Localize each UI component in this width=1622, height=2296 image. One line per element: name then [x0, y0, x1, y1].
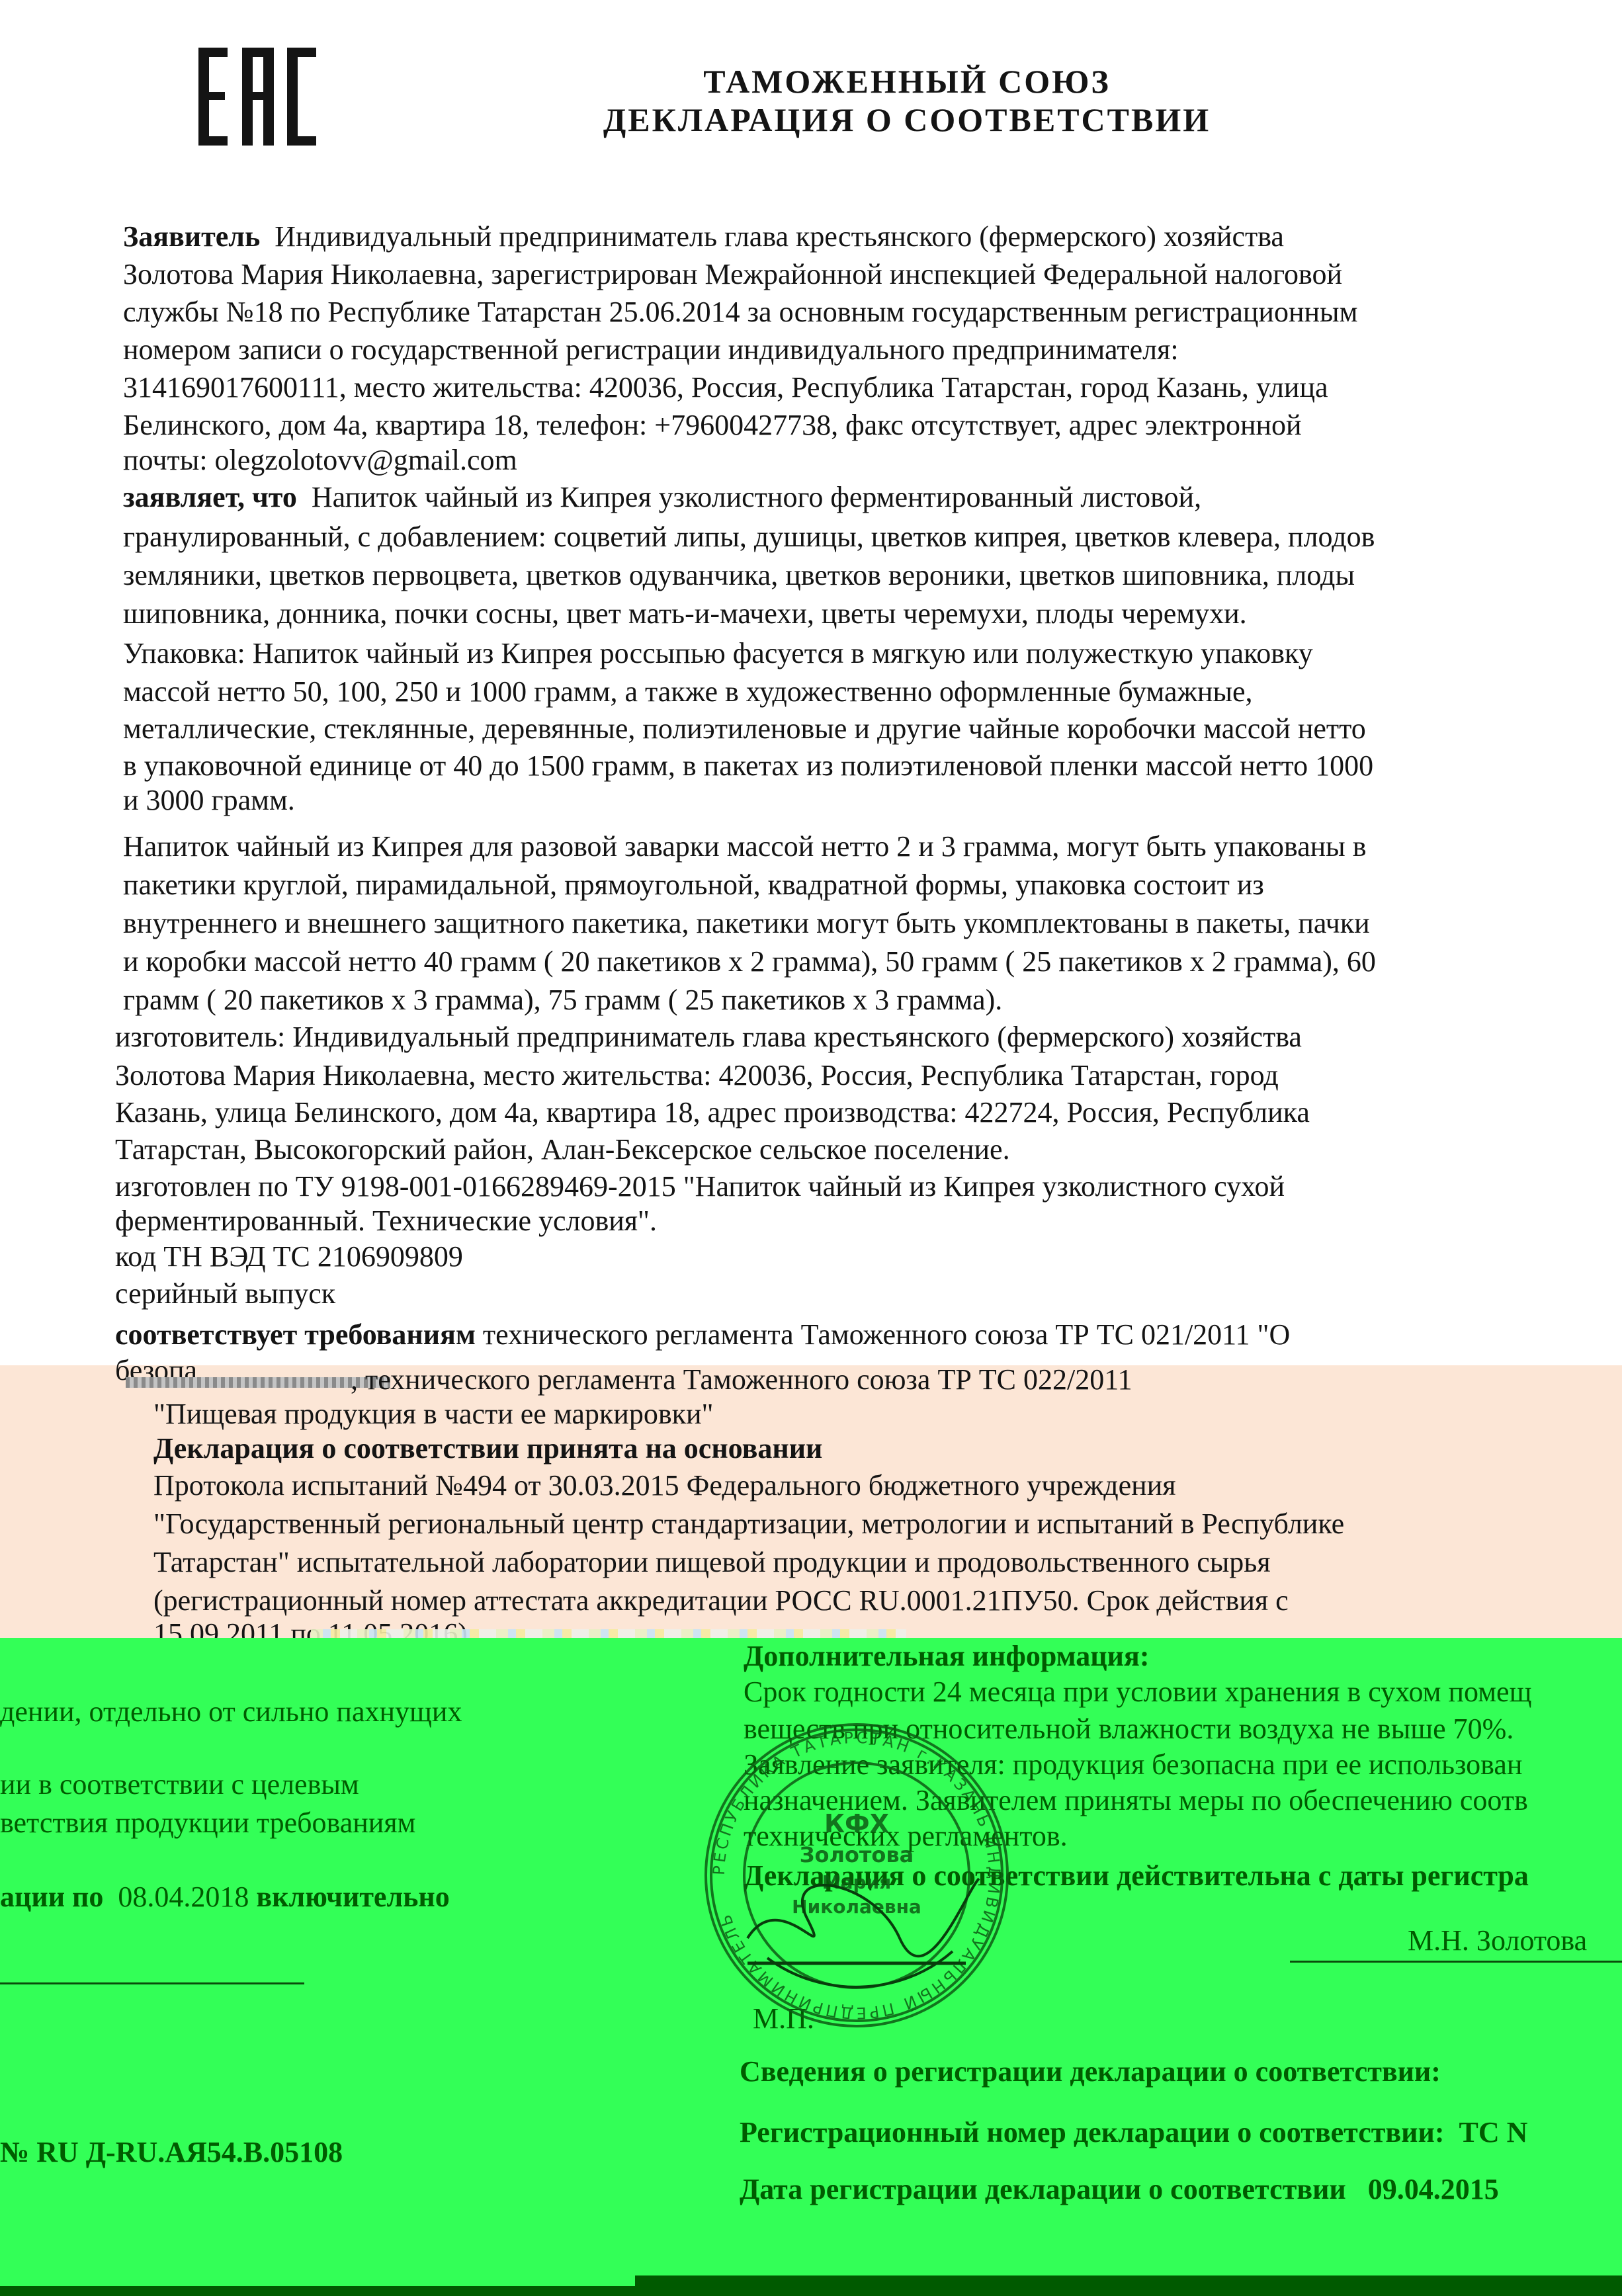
usage-fragment: ии в соответствии с целевым [0, 1766, 359, 1803]
registration-heading: Сведения о регистрации декларации о соот… [740, 2053, 1441, 2090]
applicant-label: Заявитель [123, 220, 260, 253]
stamp-center-text: Золотова [800, 1842, 914, 1867]
applicant-text: Белинского, дом 4а, квартира 18, телефон… [123, 407, 1302, 444]
basis-text: (регистрационный номер аттестата аккреди… [153, 1582, 1289, 1619]
validity-date: 08.04.2018 [118, 1881, 249, 1913]
manufacturer-text: Казань, улица Белинского, дом 4а, кварти… [115, 1094, 1310, 1131]
tn-ved-code: код ТН ВЭД ТС 2106909809 [115, 1238, 463, 1275]
packaging-text: в упаковочной единице от 40 до 1500 грам… [123, 747, 1373, 785]
official-stamp-icon: РЕСПУБЛИКА ТАТАРСТАН г.КАЗАНЬ ИНДИВИДУАЛ… [701, 1720, 1012, 2031]
registration-number: Регистрационный номер декларации о соотв… [740, 2114, 1527, 2151]
product-text: гранулированный, с добавлением: соцветий… [123, 519, 1375, 556]
footer-bar [635, 2275, 1622, 2296]
signature-line-left [0, 1982, 304, 1984]
packaging-text: массой нетто 50, 100, 250 и 1000 грамм, … [123, 673, 1253, 710]
product-text: шиповника, донника, почки сосны, цвет ма… [123, 595, 1247, 632]
additional-info-text: Срок годности 24 месяца при условии хран… [744, 1674, 1531, 1711]
packaging-text: Упаковка: Напиток чайный из Кипрея россы… [123, 635, 1313, 672]
registration-number-value: ТС N [1459, 2116, 1528, 2148]
packaging-text: и 3000 грамм. [123, 782, 295, 819]
compliance-text: технического регламента Таможенного союз… [483, 1318, 1290, 1351]
registration-number-fragment: № RU Д-RU.АЯ54.В.05108 [0, 2134, 343, 2171]
teabag-text: Напиток чайный из Кипрея для разовой зав… [123, 828, 1367, 865]
teabag-text: и коробки массой нетто 40 грамм ( 20 пак… [123, 943, 1376, 980]
compliance-regulation: "Пищевая продукция в части ее маркировки… [153, 1396, 713, 1433]
registration-date-value: 09.04.2015 [1368, 2173, 1499, 2205]
validity-fragment: ации по 08.04.2018 включительно [0, 1879, 450, 1916]
declares-label: заявляет, что [123, 481, 297, 513]
registration-date: Дата регистрации декларации о соответств… [740, 2171, 1499, 2208]
basis-heading: Декларация о соответствии принята на осн… [153, 1430, 822, 1467]
compliance-text: , технического регламента Таможенного со… [351, 1361, 1132, 1398]
storage-fragment: дении, отдельно от сильно пахнущих [0, 1693, 462, 1730]
standard-text: изготовлен по ТУ 9198-001-0166289469-201… [115, 1168, 1285, 1205]
document-union-title: ТАМОЖЕННЫЙ СОЮЗ [0, 62, 1622, 101]
footer-bar [0, 2286, 635, 2296]
applicant-text: Золотова Мария Николаевна, зарегистриров… [123, 256, 1342, 293]
signatory-name: М.Н. Золотова [1408, 1922, 1587, 1959]
validity-label: ации по [0, 1881, 103, 1913]
compliance-line: соответствует требованиям технического р… [115, 1316, 1290, 1353]
applicant-text: 314169017600111, место жительства: 42003… [123, 369, 1328, 406]
stamp-center-text: Мария [822, 1871, 891, 1893]
manufacturer-text: Татарстан, Высокогорский район, Алан-Бек… [115, 1131, 1010, 1168]
teabag-text: грамм ( 20 пакетиков х 3 грамма), 75 гра… [123, 982, 1002, 1019]
additional-info-heading: Дополнительная информация: [744, 1638, 1149, 1675]
scan-artifact [311, 1629, 906, 1638]
product-text: земляники, цветков первоцвета, цветков о… [123, 557, 1355, 594]
applicant-text: номером записи о государственной регистр… [123, 331, 1179, 368]
signature-line-right [1290, 1961, 1622, 1963]
manufacturer-text: Золотова Мария Николаевна, место жительс… [115, 1057, 1279, 1094]
basis-text: Татарстан" испытательной лаборатории пищ… [153, 1544, 1271, 1581]
packaging-text: металлические, стеклянные, деревянные, п… [123, 710, 1366, 747]
compliance-label: соответствует требованиям [115, 1318, 476, 1351]
stamp-center-text: КФХ [824, 1809, 889, 1838]
teabag-text: пакетики круглой, пирамидальной, прямоуг… [123, 867, 1264, 904]
basis-text: Протокола испытаний №494 от 30.03.2015 Ф… [153, 1467, 1176, 1504]
applicant-text: службы №18 по Республике Татарстан 25.06… [123, 294, 1357, 331]
validity-suffix: включительно [256, 1881, 449, 1913]
product-text: Напиток чайный из Кипрея узколистного фе… [312, 481, 1201, 513]
stamp-center-text: Николаевна [792, 1896, 921, 1918]
manufacturer-text: изготовитель: Индивидуальный предпринима… [115, 1019, 1302, 1056]
teabag-text: внутреннего и внешнего защитного пакетик… [123, 905, 1370, 942]
usage-fragment: ветствия продукции требованиям [0, 1805, 415, 1842]
basis-text: "Государственный региональный центр стан… [153, 1506, 1344, 1543]
applicant-text: Индивидуальный предприниматель глава кре… [275, 220, 1284, 253]
document-title: ДЕКЛАРАЦИЯ О СООТВЕТСТВИИ [0, 101, 1622, 139]
standard-text: ферментированный. Технические условия". [115, 1203, 657, 1240]
registration-number-label: Регистрационный номер декларации о соотв… [740, 2116, 1445, 2148]
applicant-email: почты: olegzolotovv@gmail.com [123, 442, 517, 479]
registration-date-label: Дата регистрации декларации о соответств… [740, 2173, 1346, 2205]
release-type: серийный выпуск [115, 1275, 335, 1312]
